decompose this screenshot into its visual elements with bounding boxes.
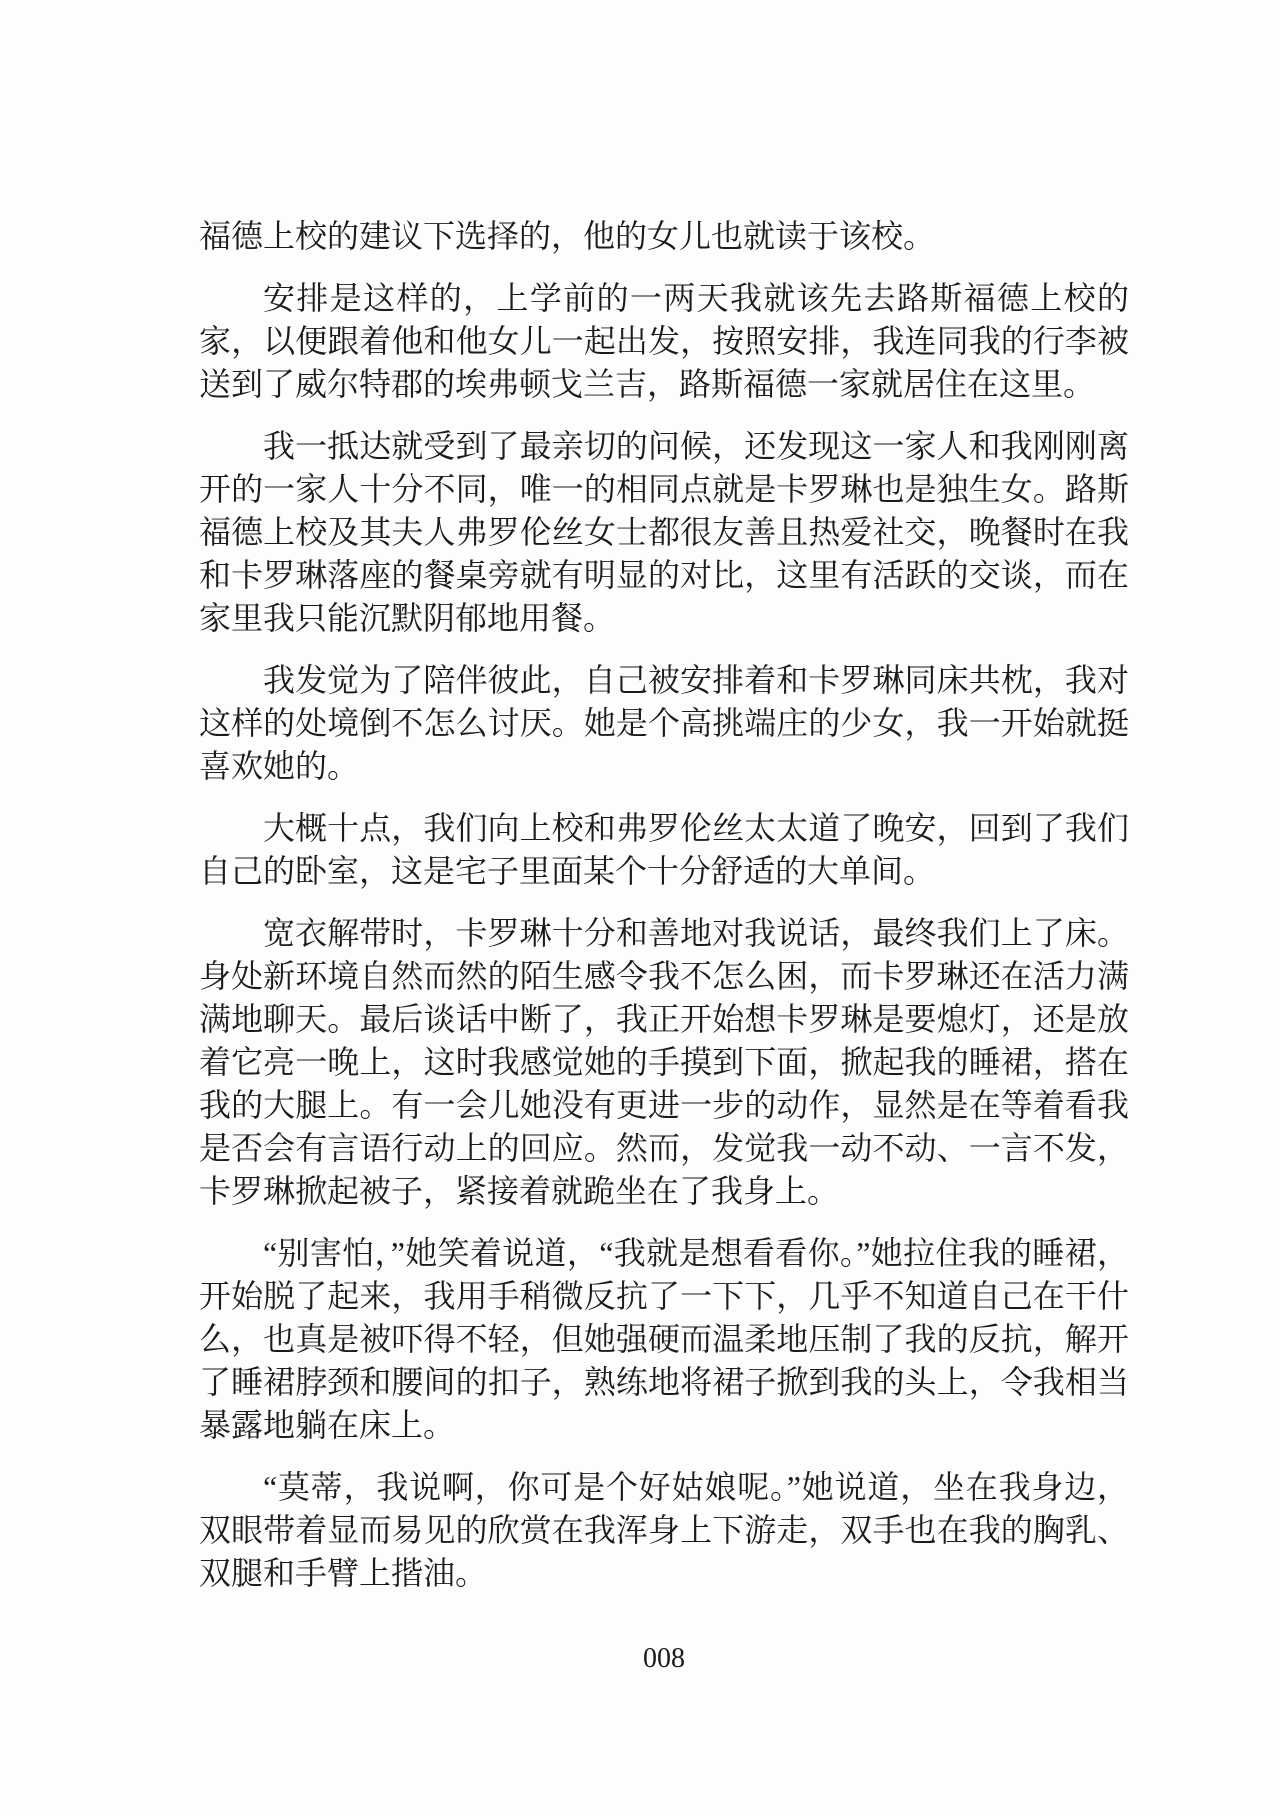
paragraph: 我发觉为了陪伴彼此，自己被安排着和卡罗琳同床共枕，我对这样的处境倒不怎么讨厌。她… [199,659,1129,788]
paragraph: 福德上校的建议下选择的，他的女儿也就读于该校。 [199,215,1129,258]
paragraph: 安排是这样的，上学前的一两天我就该先去路斯福德上校的家，以便跟着他和他女儿一起出… [199,277,1129,406]
paragraph: “莫蒂，我说啊，你可是个好姑娘呢。”她说道，坐在我身边，双眼带着显而易见的欣赏在… [199,1466,1129,1595]
book-page: 福德上校的建议下选择的，他的女儿也就读于该校。安排是这样的，上学前的一两天我就该… [0,0,1280,1816]
paragraph: 我一抵达就受到了最亲切的问候，还发现这一家人和我刚刚离开的一家人十分不同，唯一的… [199,425,1129,640]
page-number: 008 [199,1642,1129,1676]
paragraph: 大概十点，我们向上校和弗罗伦丝太太道了晚安，回到了我们自己的卧室，这是宅子里面某… [199,807,1129,893]
paragraph: 宽衣解带时，卡罗琳十分和善地对我说话，最终我们上了床。身处新环境自然而然的陌生感… [199,912,1129,1213]
paragraph: “别害怕，”她笑着说道，“我就是想看看你。”她拉住我的睡裙，开始脱了起来，我用手… [199,1232,1129,1447]
page-text: 福德上校的建议下选择的，他的女儿也就读于该校。安排是这样的，上学前的一两天我就该… [199,215,1129,1595]
